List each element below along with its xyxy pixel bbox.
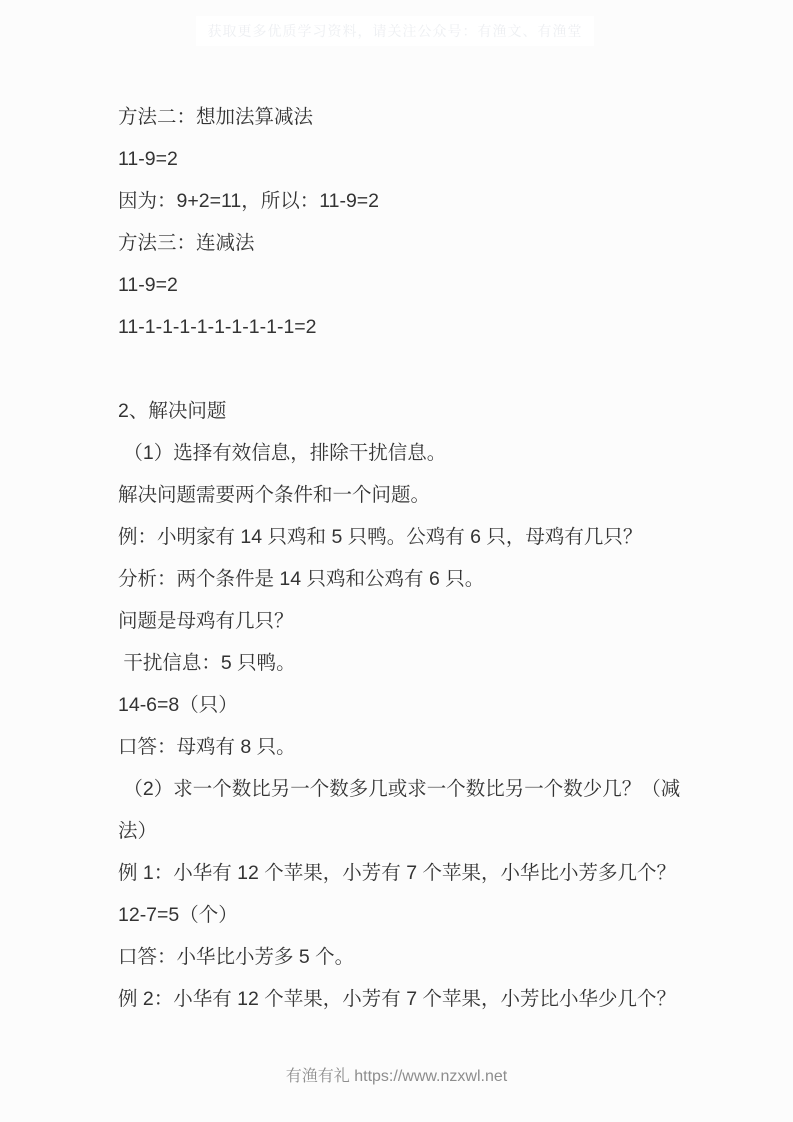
text-line: 11-1-1-1-1-1-1-1-1-1=2: [118, 306, 718, 348]
text-line: 解决问题需要两个条件和一个问题。: [118, 474, 718, 516]
text-line: 口答：母鸡有 8 只。: [118, 726, 718, 768]
text-line: 例 2：小华有 12 个苹果，小芳有 7 个苹果，小芳比小华少几个？: [118, 978, 718, 1020]
blank-line: [118, 348, 718, 390]
text-line: 2、解决问题: [118, 390, 718, 432]
text-line: 12-7=5（个）: [118, 894, 718, 936]
text-line: 方法二：想加法算减法: [118, 96, 718, 138]
text-line: 11-9=2: [118, 264, 718, 306]
text-line: 例 1：小华有 12 个苹果，小芳有 7 个苹果，小华比小芳多几个？: [118, 852, 718, 894]
text-line: 因为：9+2=11，所以：11-9=2: [118, 180, 718, 222]
watermark-text: 获取更多优质学习资料，请关注公众号：有渔文、有渔堂: [208, 21, 583, 41]
text-line: （1）选择有效信息，排除干扰信息。: [118, 432, 718, 474]
text-line: 法）: [118, 810, 718, 852]
document-page: 获取更多优质学习资料，请关注公众号：有渔文、有渔堂 方法二：想加法算减法11-9…: [0, 0, 793, 1122]
text-line: 口答：小华比小芳多 5 个。: [118, 936, 718, 978]
text-line: 干扰信息：5 只鸭。: [118, 642, 718, 684]
watermark-band: 获取更多优质学习资料，请关注公众号：有渔文、有渔堂: [196, 16, 594, 46]
text-line: 分析：两个条件是 14 只鸡和公鸡有 6 只。: [118, 558, 718, 600]
text-line: 问题是母鸡有几只？: [118, 600, 718, 642]
text-line: 例：小明家有 14 只鸡和 5 只鸭。公鸡有 6 只，母鸡有几只？: [118, 516, 718, 558]
text-line: 11-9=2: [118, 138, 718, 180]
text-line: 方法三：连减法: [118, 222, 718, 264]
footer-site-credit: 有渔有礼 https://www.nzxwl.net: [0, 1062, 793, 1092]
document-body: 方法二：想加法算减法11-9=2因为：9+2=11，所以：11-9=2方法三：连…: [118, 96, 718, 1020]
text-line: （2）求一个数比另一个数多几或求一个数比另一个数少几？（减: [118, 768, 718, 810]
text-line: 14-6=8（只）: [118, 684, 718, 726]
